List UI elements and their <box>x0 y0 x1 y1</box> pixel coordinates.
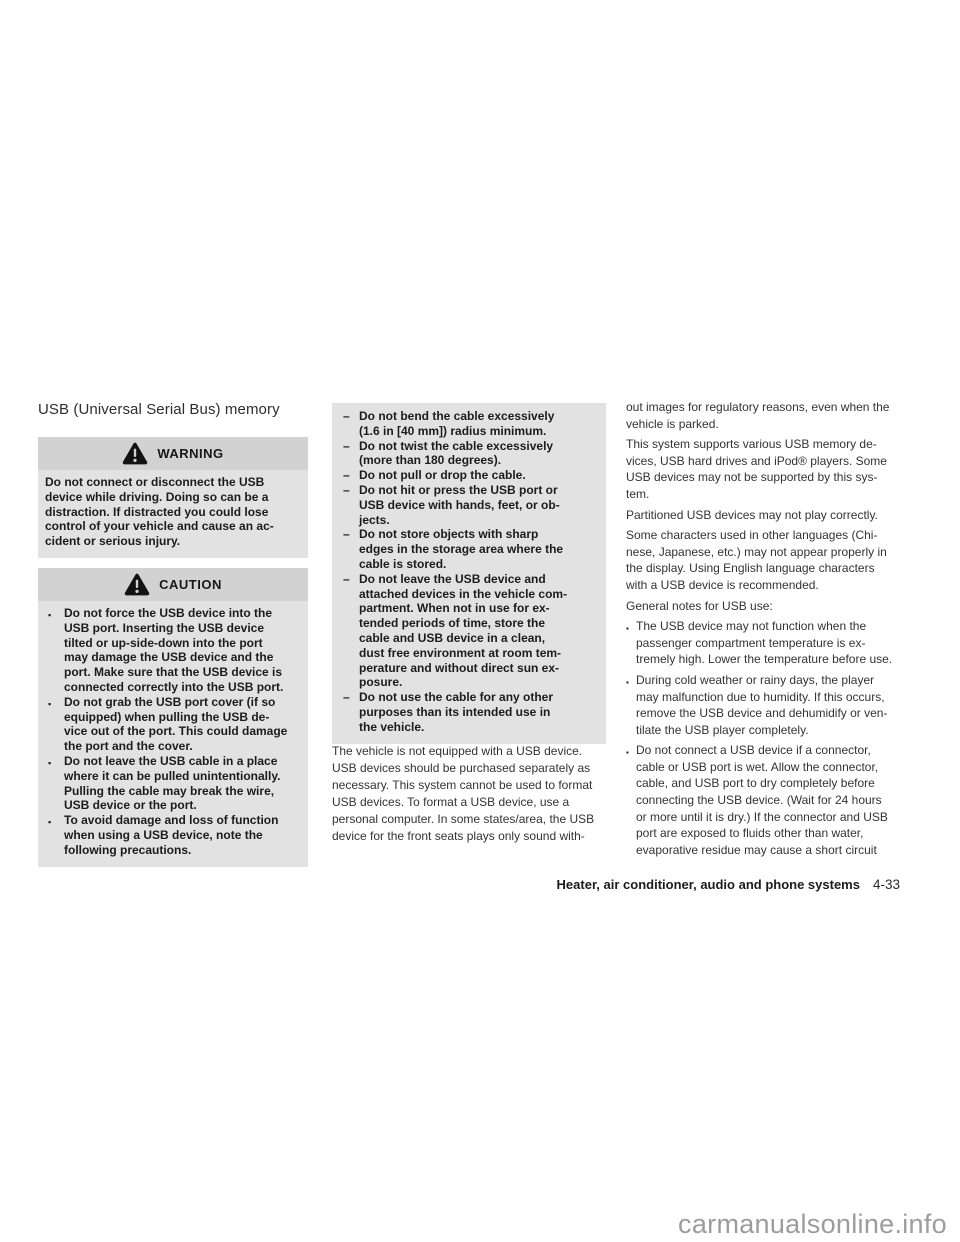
dash-bullet-icon: – <box>343 439 359 454</box>
list-item: ▪ The USB device may not function when t… <box>626 618 918 668</box>
list-item-text: Do not twist the cable excessively (more… <box>359 439 600 469</box>
caution-box-header: CAUTION <box>38 568 308 601</box>
body-paragraph: This system supports various USB memory … <box>626 436 918 502</box>
list-item-text: Do not leave the USB cable in a place wh… <box>64 754 300 813</box>
list-item: – Do not use the cable for any other pur… <box>343 690 600 734</box>
list-item: – Do not bend the cable excessively (1.6… <box>343 409 600 439</box>
list-item-text: Do not grab the USB port cover (if so eq… <box>64 695 300 754</box>
dash-bullet-icon: – <box>343 690 359 705</box>
dash-bullet-icon: – <box>343 483 359 498</box>
list-item: – Do not leave the USB device and attach… <box>343 572 600 690</box>
body-paragraph: out images for regulatory reasons, even … <box>626 399 918 432</box>
square-bullet-icon: ▪ <box>626 672 636 692</box>
page-footer: Heater, air conditioner, audio and phone… <box>557 877 900 892</box>
page-number: 4-33 <box>873 877 900 892</box>
warning-label: WARNING <box>157 446 223 461</box>
square-bullet-icon: ▪ <box>48 606 64 623</box>
caution-label: CAUTION <box>159 577 222 592</box>
list-item-text: Do not store objects with sharp edges in… <box>359 527 600 571</box>
square-bullet-icon: ▪ <box>626 742 636 762</box>
list-item-text: Do not hit or press the USB port or USB … <box>359 483 600 527</box>
list-item: ▪ Do not grab the USB port cover (if so … <box>45 695 300 754</box>
list-item: ▪ Do not force the USB device into the U… <box>45 606 300 695</box>
notes-heading: General notes for USB use: <box>626 598 918 615</box>
cable-precautions-list: – Do not bend the cable excessively (1.6… <box>332 403 606 744</box>
square-bullet-icon: ▪ <box>626 618 636 638</box>
list-item-text: The USB device may not function when the… <box>636 618 918 668</box>
list-item: – Do not hit or press the USB port or US… <box>343 483 600 527</box>
cable-precautions-box: – Do not bend the cable excessively (1.6… <box>332 403 606 744</box>
list-item: ▪ Do not leave the USB cable in a place … <box>45 754 300 813</box>
warning-text: Do not connect or disconnect the USB dev… <box>38 470 308 558</box>
section-heading: USB (Universal Serial Bus) memory <box>38 401 280 418</box>
caution-box: CAUTION ▪ Do not force the USB device in… <box>38 568 308 867</box>
chapter-title: Heater, air conditioner, audio and phone… <box>557 877 860 892</box>
list-item-text: Do not leave the USB device and attached… <box>359 572 600 690</box>
body-paragraph: Partitioned USB devices may not play cor… <box>626 507 918 524</box>
body-paragraph: Some characters used in other languages … <box>626 527 918 593</box>
list-item: ▪ To avoid damage and loss of function w… <box>45 813 300 857</box>
site-watermark: carmanualsonline.info <box>678 1209 947 1240</box>
warning-box: WARNING Do not connect or disconnect the… <box>38 437 308 558</box>
list-item-text: Do not bend the cable excessively (1.6 i… <box>359 409 600 439</box>
body-paragraph: The vehicle is not equipped with a USB d… <box>332 743 618 845</box>
list-item: ▪ Do not connect a USB device if a conne… <box>626 742 918 858</box>
list-item: – Do not store objects with sharp edges … <box>343 527 600 571</box>
list-item: ▪ During cold weather or rainy days, the… <box>626 672 918 738</box>
list-item-text: During cold weather or rainy days, the p… <box>636 672 918 738</box>
warning-triangle-icon <box>124 573 150 597</box>
warning-triangle-icon <box>122 442 148 466</box>
square-bullet-icon: ▪ <box>48 754 64 771</box>
list-item-text: Do not use the cable for any other purpo… <box>359 690 600 734</box>
list-item-text: Do not force the USB device into the USB… <box>64 606 300 695</box>
list-item-text: Do not connect a USB device if a connect… <box>636 742 918 858</box>
list-item: – Do not pull or drop the cable. <box>343 468 600 483</box>
caution-list: ▪ Do not force the USB device into the U… <box>38 601 308 867</box>
dash-bullet-icon: – <box>343 527 359 542</box>
right-column: out images for regulatory reasons, even … <box>626 399 918 862</box>
warning-box-header: WARNING <box>38 437 308 470</box>
list-item-text: Do not pull or drop the cable. <box>359 468 600 483</box>
square-bullet-icon: ▪ <box>48 695 64 712</box>
list-item-text: To avoid damage and loss of function whe… <box>64 813 300 857</box>
list-item: – Do not twist the cable excessively (mo… <box>343 439 600 469</box>
dash-bullet-icon: – <box>343 468 359 483</box>
dash-bullet-icon: – <box>343 409 359 424</box>
square-bullet-icon: ▪ <box>48 813 64 830</box>
dash-bullet-icon: – <box>343 572 359 587</box>
